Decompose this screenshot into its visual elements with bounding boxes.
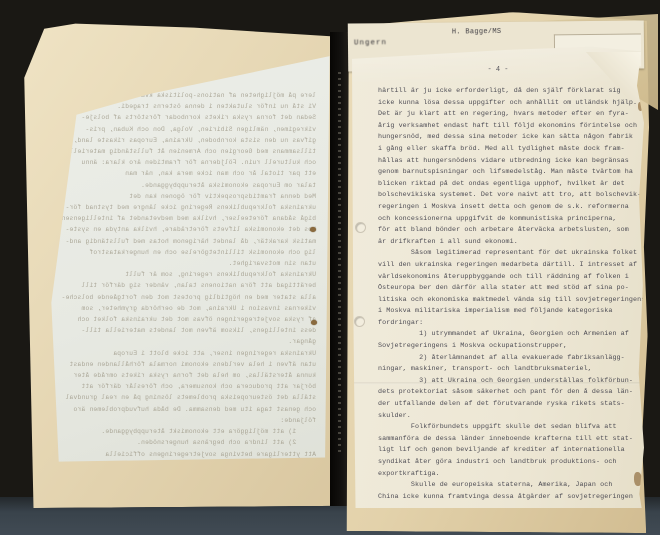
ghost-line: ställa det östeuropeiska problemets lösn… (66, 392, 316, 403)
typed-line: världsekonomins återuppbyggande och till… (378, 272, 640, 284)
ghost-line: lig och ekonomisk tillintetgörelse och e… (66, 247, 316, 258)
typed-line: blicken riktad på det ondas egentliga up… (378, 179, 640, 191)
typed-line: Såsom legitimerad representant för det u… (378, 248, 640, 260)
typed-line: skulder. (378, 411, 640, 423)
typed-line: genom barnutspisningar och lifsmedelståg… (378, 167, 640, 179)
typed-line: Folkförbundets uppgift skulle det sedan … (378, 422, 640, 434)
typed-line: dets protektoriat såsom säkerhet och pan… (378, 387, 640, 399)
ghost-line: af ryska sovjetregeringen öfvas mot det … (66, 314, 316, 325)
ghost-line: vikernas invasion i Ukraina, mot de oerh… (66, 303, 316, 314)
typed-line: ningar, maskiner, transport- och landtbr… (378, 364, 640, 376)
typed-line: 1) utrymmandet af Ukraina, Georgien och … (378, 329, 640, 341)
typed-line: China icke kunna framtvinga dessa åtgärd… (378, 492, 640, 504)
left-page-bleedthrough-text: lere på möjligheten af nations-politiska… (66, 90, 316, 460)
punch-hole-stain (311, 320, 317, 325)
ghost-line: gifvas nu den sista kornboden, Ukraina, … (66, 135, 316, 146)
binding-edge-marks (338, 72, 341, 452)
scanned-document-photo: - 5 - lere på möjligheten af nations-pol… (0, 0, 660, 535)
typed-line: fordringar: (378, 318, 640, 330)
right-page: - 4 - härtill är ju icke erforderligt, d… (352, 44, 644, 508)
ghost-line: dess intelligens, liksom äfven mot lande… (66, 325, 316, 336)
punch-hole-stain (310, 227, 316, 232)
left-page: - 5 - lere på möjligheten af nations-pol… (38, 52, 334, 470)
ghost-line: berättigad att föra nationens talan, vän… (66, 280, 316, 291)
typed-line: litiska och ekonomiska maktmedel vända s… (378, 295, 640, 307)
ghost-line: bigå sådana företeelser, hvilka med medv… (66, 213, 316, 224)
typed-line: 2) återlämnandet af alla evakuerade fabr… (378, 353, 640, 365)
typed-line: Sovjetregeringens i Moskva ockupationstr… (378, 341, 640, 353)
ghost-line: Att ytterligare betvinga sovjetregeringe… (66, 449, 316, 460)
reference-label: H. Bagge/MS (452, 28, 502, 37)
typed-line: Östeuropa ber den därför alla stater att… (378, 283, 640, 295)
ghost-line: matisk karaktär, då landet härigenom hot… (66, 236, 316, 247)
ghost-line: utan sin motsvarighet. (66, 258, 316, 269)
ghost-line: Ukrainska folkrepublikens regering, som … (66, 269, 316, 280)
typed-line: Skulle de europeiska staterna, Amerika, … (378, 480, 640, 492)
typed-line: ligt lif och genom beviljande af kredite… (378, 445, 640, 457)
ghost-line: alla stater med en högtidlig protest mot… (66, 292, 316, 303)
obscured-header-text: Ungern (354, 39, 387, 50)
punch-hole (354, 316, 365, 327)
typed-line: i gång eller skaffa bröd. Med all tydlig… (378, 144, 640, 156)
typed-line: vill den ukrainska regeringen medarbeta … (378, 260, 640, 272)
typed-line: och koncessionerna uppgifvit de kommunis… (378, 214, 640, 226)
typed-line: sammanföra de dessa länder inneboende kr… (378, 434, 640, 446)
typed-line: exportkraftiga. (378, 469, 640, 481)
typed-line: der utfallande delen af det förutvarande… (378, 399, 640, 411)
ghost-line: 1) att möjliggöra ett ekonomiskt återupp… (66, 426, 316, 437)
typed-line: bolschevikiska systemet. Det vore naivt … (378, 190, 640, 202)
ghost-line: gångar. (66, 336, 316, 347)
ghost-line: Ukrainska regeringen inser, att icke blo… (66, 348, 316, 359)
typed-line: härtill är ju icke erforderligt, då den … (378, 86, 640, 98)
ghost-line: Sedan det forna ryska rikets kornbodar f… (66, 112, 316, 123)
typed-line: för att bland bönder och arbetare återvä… (378, 225, 640, 237)
ghost-line: hos det ekonomiska lifvets företrädare, … (66, 224, 316, 235)
typed-line: icke kunna lösa dessa uppgifter och anhå… (378, 98, 640, 110)
typed-line: Det är ju klart att en regering, hvars m… (378, 109, 640, 121)
typed-line: i Moskva militariska imperialism med föl… (378, 306, 640, 318)
right-page-typed-text: härtill är ju icke erforderligt, då den … (378, 86, 640, 503)
ghost-line: ukrainska folkrepublikens Regering icke … (66, 202, 316, 213)
typed-line: 3) att Ukraina och Georgien underställas… (378, 376, 640, 388)
ghost-line: kunna återställas, om hela det forna rys… (66, 370, 316, 381)
ghost-line: ett par tiotal år och man icke mera kan,… (66, 168, 316, 179)
ghost-line: utan äfven i hela verldens ekonomi norma… (66, 359, 316, 370)
ghost-line: och genast taga itu med densamma. De båd… (66, 404, 316, 415)
ghost-line: tillsammans med Georgien och Armenien åt… (66, 146, 316, 157)
ghost-line: Med denna framtidsprospektiv för ögonen … (66, 191, 316, 202)
typed-line: syndikat åter göra industri och landtbru… (378, 457, 640, 469)
typed-line: är drifkraften i all sund ekonomi. (378, 237, 640, 249)
typed-line: regeringen i Moskva insett detta och gen… (378, 202, 640, 214)
ghost-line: 2) att lindra och begränsa hungersnöden. (66, 437, 316, 448)
right-page-number: - 4 - (352, 66, 644, 74)
ghost-line: börjar att producera och konsumera, och … (66, 381, 316, 392)
ghost-line: följande: (66, 415, 316, 426)
ghost-line: talar om Europas ekonomiska återuppbygga… (66, 180, 316, 191)
typed-line: hållas att hungersnödens vidare utbredni… (378, 156, 640, 168)
typed-line: årig verksamhet endast haft till följd e… (378, 121, 640, 133)
typed-line: hungersnöd, med dessa sina metoder icke … (378, 132, 640, 144)
ghost-line: och kulturell ruin. Följderna för framti… (66, 157, 316, 168)
punch-hole (355, 222, 366, 233)
ghost-line: vikregimen, nämligen Sibirien, Volga, Do… (66, 124, 316, 135)
